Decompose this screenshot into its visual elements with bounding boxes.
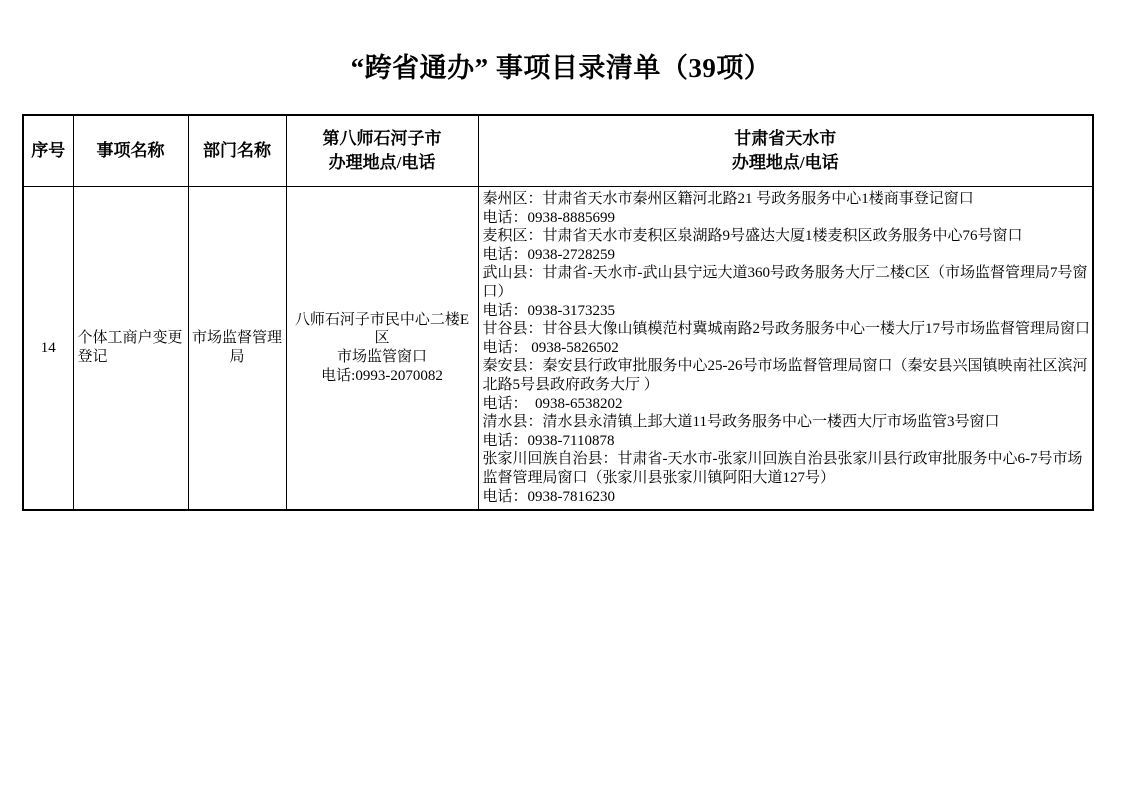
cell-index: 14 xyxy=(23,187,73,511)
cell-item-name: 个体工商户变更登记 xyxy=(73,187,188,511)
tianshui-entry-phone: 电话：0938-8885699 xyxy=(483,209,1091,228)
tianshui-entry-address: 秦安县：秦安县行政审批服务中心25-26号市场监督管理局窗口（秦安县兴国镇映南社… xyxy=(483,357,1091,394)
header-tianshui-office: 甘肃省天水市 办理地点/电话 xyxy=(478,115,1093,187)
tianshui-entry-phone: 电话： 0938-5826502 xyxy=(483,339,1091,358)
tianshui-entry-phone: 电话：0938-7816230 xyxy=(483,488,1091,507)
tianshui-entry-address: 清水县：清水县永清镇上邽大道11号政务服务中心一楼西大厅市场监管3号窗口 xyxy=(483,413,1091,432)
cell-shihezi-office: 八师石河子市民中心二楼E区 市场监管窗口 电话:0993-2070082 xyxy=(286,187,478,511)
tianshui-entry-address: 武山县：甘肃省-天水市-武山县宁远大道360号政务服务大厅二楼C区（市场监督管理… xyxy=(483,264,1091,301)
header-item-name: 事项名称 xyxy=(73,115,188,187)
header-department: 部门名称 xyxy=(188,115,286,187)
tianshui-entry-address: 麦积区：甘肃省天水市麦积区泉湖路9号盛达大厦1楼麦积区政务服务中心76号窗口 xyxy=(483,227,1091,246)
table-row: 14 个体工商户变更登记 市场监督管理局 八师石河子市民中心二楼E区 市场监管窗… xyxy=(23,187,1093,511)
tianshui-entry-phone: 电话：0938-3173235 xyxy=(483,302,1091,321)
tianshui-entry-address: 甘谷县：甘谷县大像山镇模范村冀城南路2号政务服务中心一楼大厅17号市场监督管理局… xyxy=(483,320,1091,339)
document-page: “跨省通办” 事项目录清单（39项） 序号 事项名称 部门名称 第八师石河子市 … xyxy=(0,0,1122,793)
tianshui-entry-phone: 电话：0938-2728259 xyxy=(483,246,1091,265)
cell-tianshui-office: 秦州区：甘肃省天水市秦州区籍河北路21 号政务服务中心1楼商事登记窗口电话：09… xyxy=(478,187,1093,511)
header-row: 序号 事项名称 部门名称 第八师石河子市 办理地点/电话 甘肃省天水市 办理地点… xyxy=(23,115,1093,187)
header-shihezi-office: 第八师石河子市 办理地点/电话 xyxy=(286,115,478,187)
tianshui-entry-list: 秦州区：甘肃省天水市秦州区籍河北路21 号政务服务中心1楼商事登记窗口电话：09… xyxy=(483,190,1091,506)
tianshui-entry-phone: 电话： 0938-6538202 xyxy=(483,395,1091,414)
page-title: “跨省通办” 事项目录清单（39项） xyxy=(0,0,1122,86)
tianshui-entry-address: 张家川回族自治县：甘肃省-天水市-张家川回族自治县张家川县行政审批服务中心6-7… xyxy=(483,450,1091,487)
tianshui-entry-address: 秦州区：甘肃省天水市秦州区籍河北路21 号政务服务中心1楼商事登记窗口 xyxy=(483,190,1091,209)
catalog-table: 序号 事项名称 部门名称 第八师石河子市 办理地点/电话 甘肃省天水市 办理地点… xyxy=(22,114,1094,511)
tianshui-entry-phone: 电话：0938-7110878 xyxy=(483,432,1091,451)
cell-department: 市场监督管理局 xyxy=(188,187,286,511)
header-index: 序号 xyxy=(23,115,73,187)
